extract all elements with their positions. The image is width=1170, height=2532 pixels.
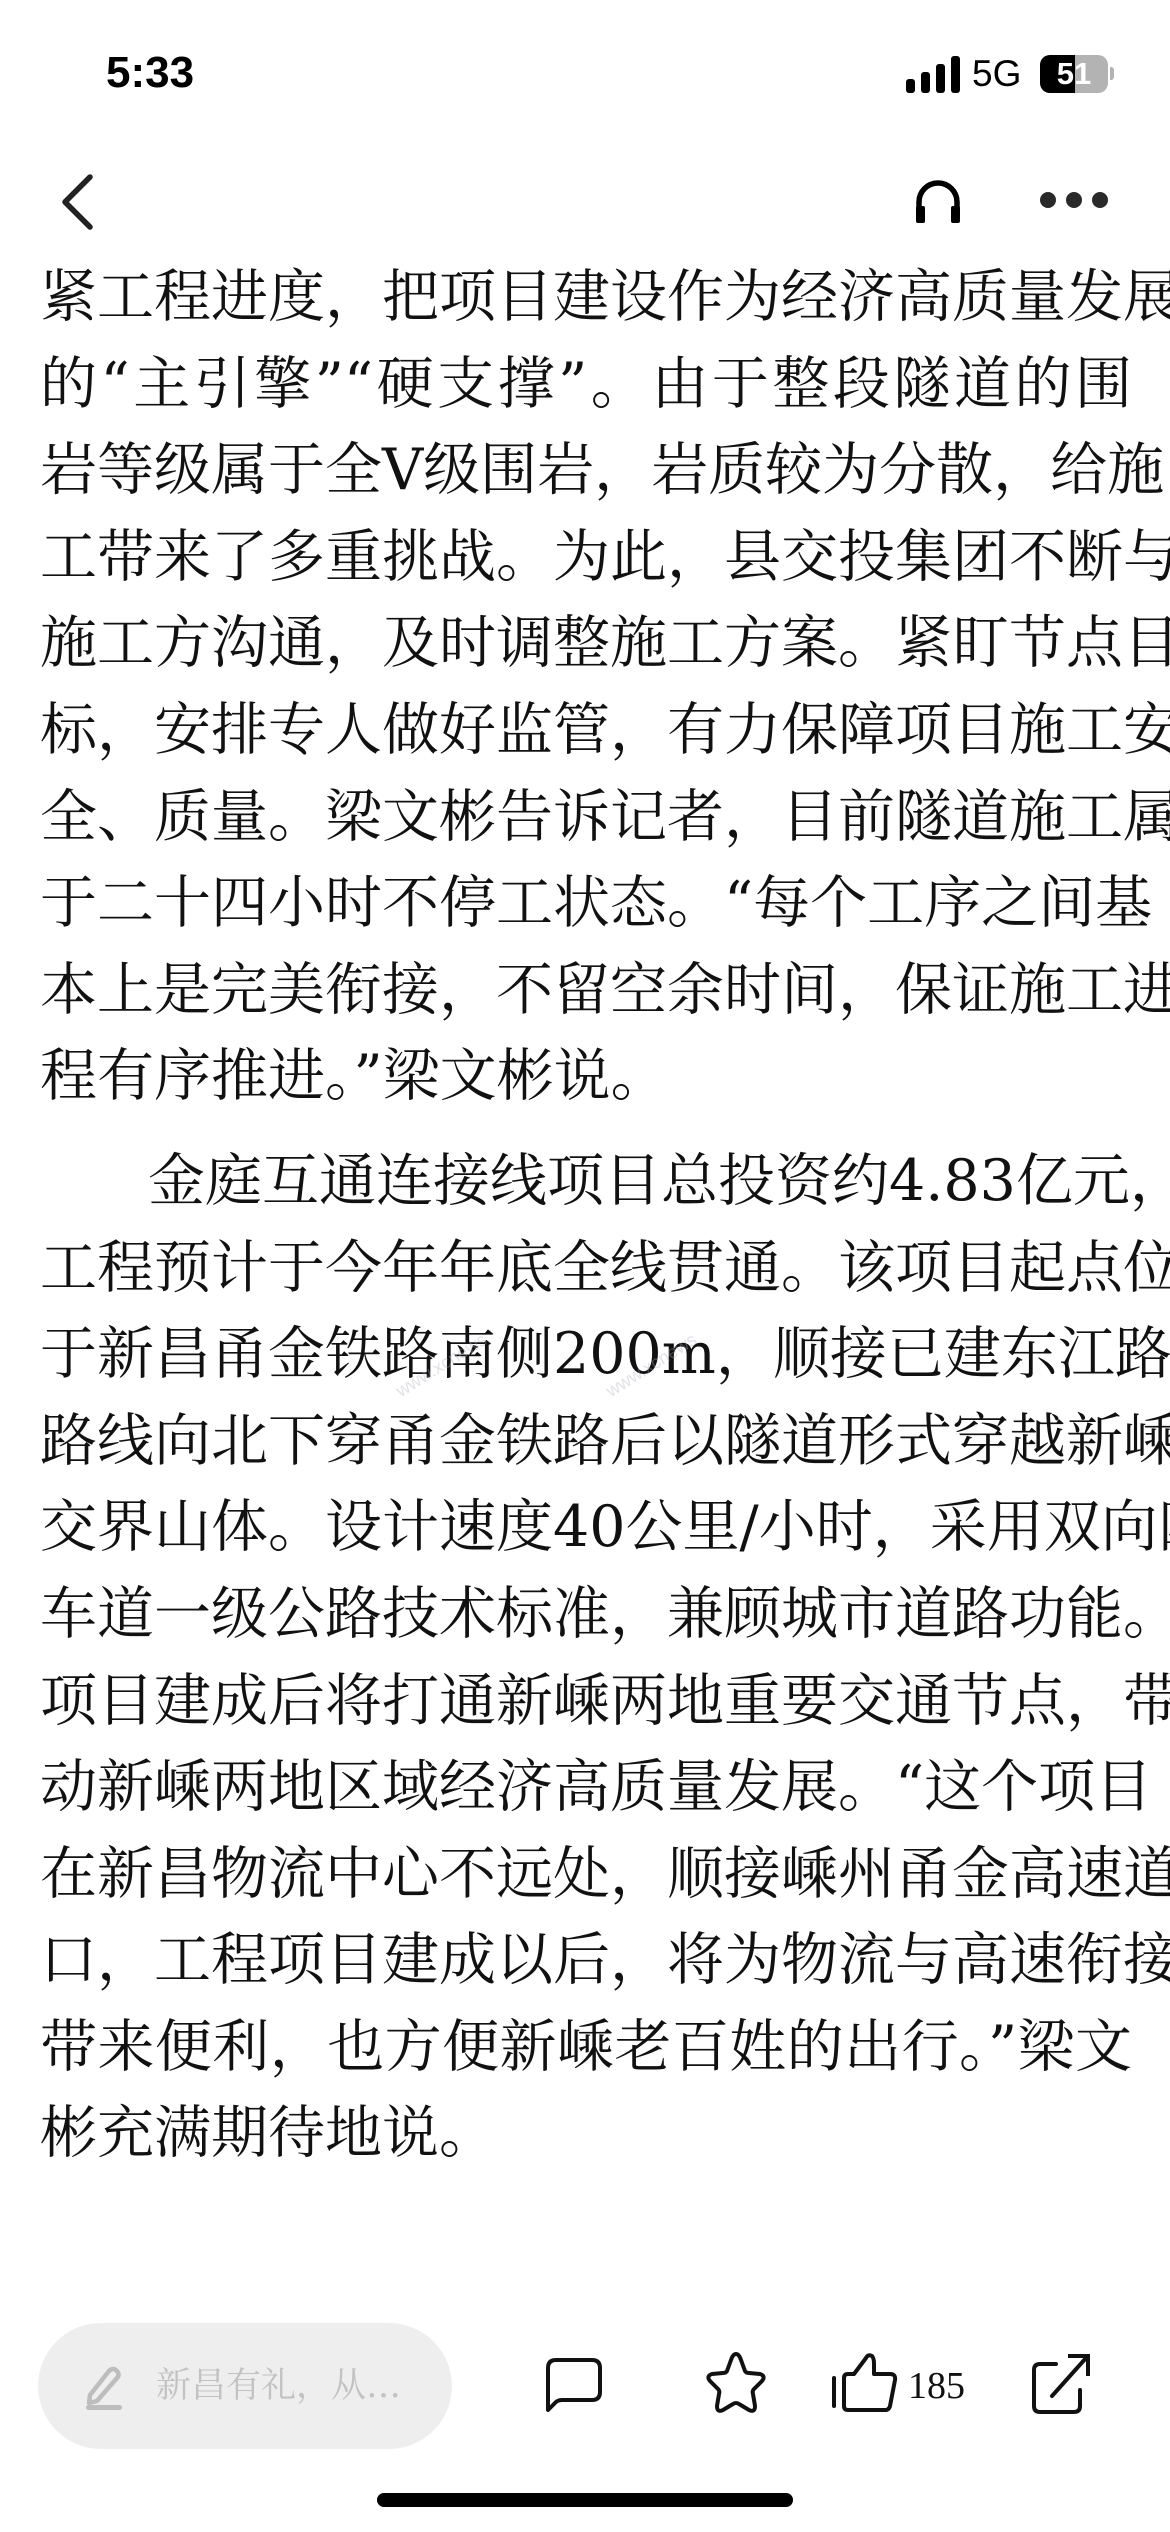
status-time: 5:33 xyxy=(106,48,194,98)
text-line: 车道一级公路技术标准，兼顾城市道路功能。 xyxy=(40,1571,1132,1657)
text-line: 彬充满期待地说。 xyxy=(40,2090,1132,2176)
home-indicator[interactable] xyxy=(377,2493,793,2507)
text-line: 岩等级属于全V级围岩，岩质较为分散，给施 xyxy=(40,427,1132,513)
text-line: 口，工程项目建成以后，将为物流与高速衔接 xyxy=(40,1917,1132,2003)
chevron-left-icon xyxy=(52,168,104,236)
pencil-icon xyxy=(84,2363,124,2411)
text-line: 标，安排专人做好监管，有力保障项目施工安 xyxy=(40,687,1132,773)
text-line: 本上是完美衔接，不留空余时间，保证施工进 xyxy=(40,947,1132,1033)
text-line: 全、质量。梁文彬告诉记者，目前隧道施工属 xyxy=(40,774,1132,860)
text-line: 路线向北下穿甬金铁路后以隧道形式穿越新嵊 xyxy=(40,1398,1132,1484)
listen-button[interactable] xyxy=(906,172,970,232)
share-icon xyxy=(1026,2350,1094,2416)
text-line: 程有序推进。”梁文彬说。 xyxy=(40,1033,1132,1119)
signal-icon xyxy=(906,56,960,93)
battery-nub xyxy=(1110,67,1114,80)
star-icon xyxy=(702,2350,770,2416)
text-line: 的“主引擎”“硬支撑”。由于整段隧道的围 xyxy=(40,341,1132,427)
text-line: 工程预计于今年年底全线贯通。该项目起点位 xyxy=(40,1225,1132,1311)
text-line: 动新嵊两地区域经济高质量发展。“这个项目 xyxy=(40,1744,1132,1830)
comment-icon xyxy=(540,2350,608,2416)
comment-button[interactable] xyxy=(540,2350,608,2416)
text-line: 紧工程进度，把项目建设作为经济高质量发展 xyxy=(40,254,1132,340)
network-type: 5G xyxy=(972,52,1021,96)
text-line: 于新昌甬金铁路南侧200m，顺接已建东江路， xyxy=(40,1311,1132,1397)
text-line: 于二十四小时不停工状态。“每个工序之间基 xyxy=(40,860,1132,946)
more-horizontal-icon xyxy=(1034,180,1114,220)
text-line: 金庭互通连接线项目总投资约4.83亿元， xyxy=(148,1138,1132,1224)
text-line: 项目建成后将打通新嵊两地重要交通节点，带 xyxy=(40,1658,1132,1744)
headphones-icon xyxy=(906,172,970,232)
comment-placeholder: 新昌有礼，从… xyxy=(156,2361,401,2411)
more-button[interactable] xyxy=(1034,180,1114,220)
back-button[interactable] xyxy=(52,168,104,236)
favorite-button[interactable] xyxy=(702,2350,770,2416)
thumbs-up-icon xyxy=(830,2350,900,2416)
battery-percent: 51 xyxy=(1040,55,1108,93)
comment-input[interactable]: 新昌有礼，从… xyxy=(38,2323,452,2449)
share-button[interactable] xyxy=(1026,2350,1094,2416)
battery-icon: 51 xyxy=(1040,55,1108,93)
like-button[interactable] xyxy=(830,2350,900,2416)
text-line: 带来便利，也方便新嵊老百姓的出行。”梁文 xyxy=(40,2004,1132,2090)
text-line: 交界山体。设计速度40公里/小时，采用双向四 xyxy=(40,1484,1132,1570)
text-line: 工带来了多重挑战。为此，县交投集团不断与 xyxy=(40,514,1132,600)
like-count: 185 xyxy=(908,2358,965,2414)
text-line: 在新昌物流中心不远处，顺接嵊州甬金高速道 xyxy=(40,1831,1132,1917)
text-line: 施工方沟通，及时调整施工方案。紧盯节点目 xyxy=(40,600,1132,686)
